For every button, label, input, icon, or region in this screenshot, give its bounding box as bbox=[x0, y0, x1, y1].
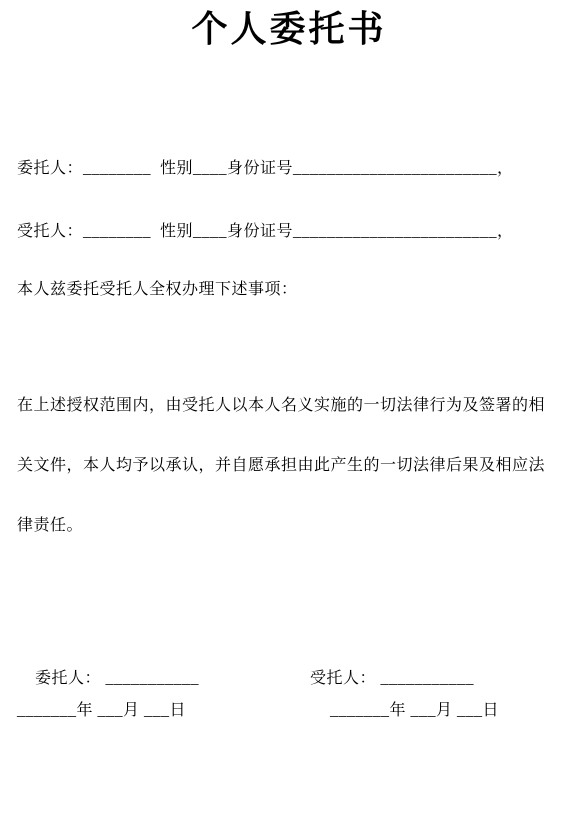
page-title: 个人委托书 bbox=[0, 5, 578, 53]
principal-info-line: 委托人：________ 性别____身份证号_________________… bbox=[17, 158, 514, 180]
agent-signature-blank: ___________ bbox=[376, 670, 474, 687]
principal-date-line: _______年 ___月 ___日 bbox=[17, 700, 186, 722]
agent-info-line: 受托人：________ 性别____身份证号_________________… bbox=[17, 221, 514, 243]
authorization-paragraph-line-1: 在上述授权范围内，由受托人以本人名义实施的一切法律行为及签署的相 bbox=[17, 395, 545, 417]
agent-signature-label: 受托人： bbox=[310, 670, 376, 687]
agent-date-line: _______年 ___月 ___日 bbox=[330, 700, 499, 722]
authorization-paragraph-line-2: 关文件，本人均予以承认，并自愿承担由此产生的一切法律后果及相应法 bbox=[17, 455, 545, 477]
authorization-paragraph-line-3: 律责任。 bbox=[17, 515, 83, 537]
principal-signature-blank: ___________ bbox=[101, 670, 199, 687]
principal-signature-label: 委托人： bbox=[35, 670, 101, 687]
statement-line: 本人兹委托受托人全权办理下述事项： bbox=[17, 279, 298, 301]
document-page: 个人委托书 委托人：________ 性别____身份证号___________… bbox=[0, 0, 578, 820]
